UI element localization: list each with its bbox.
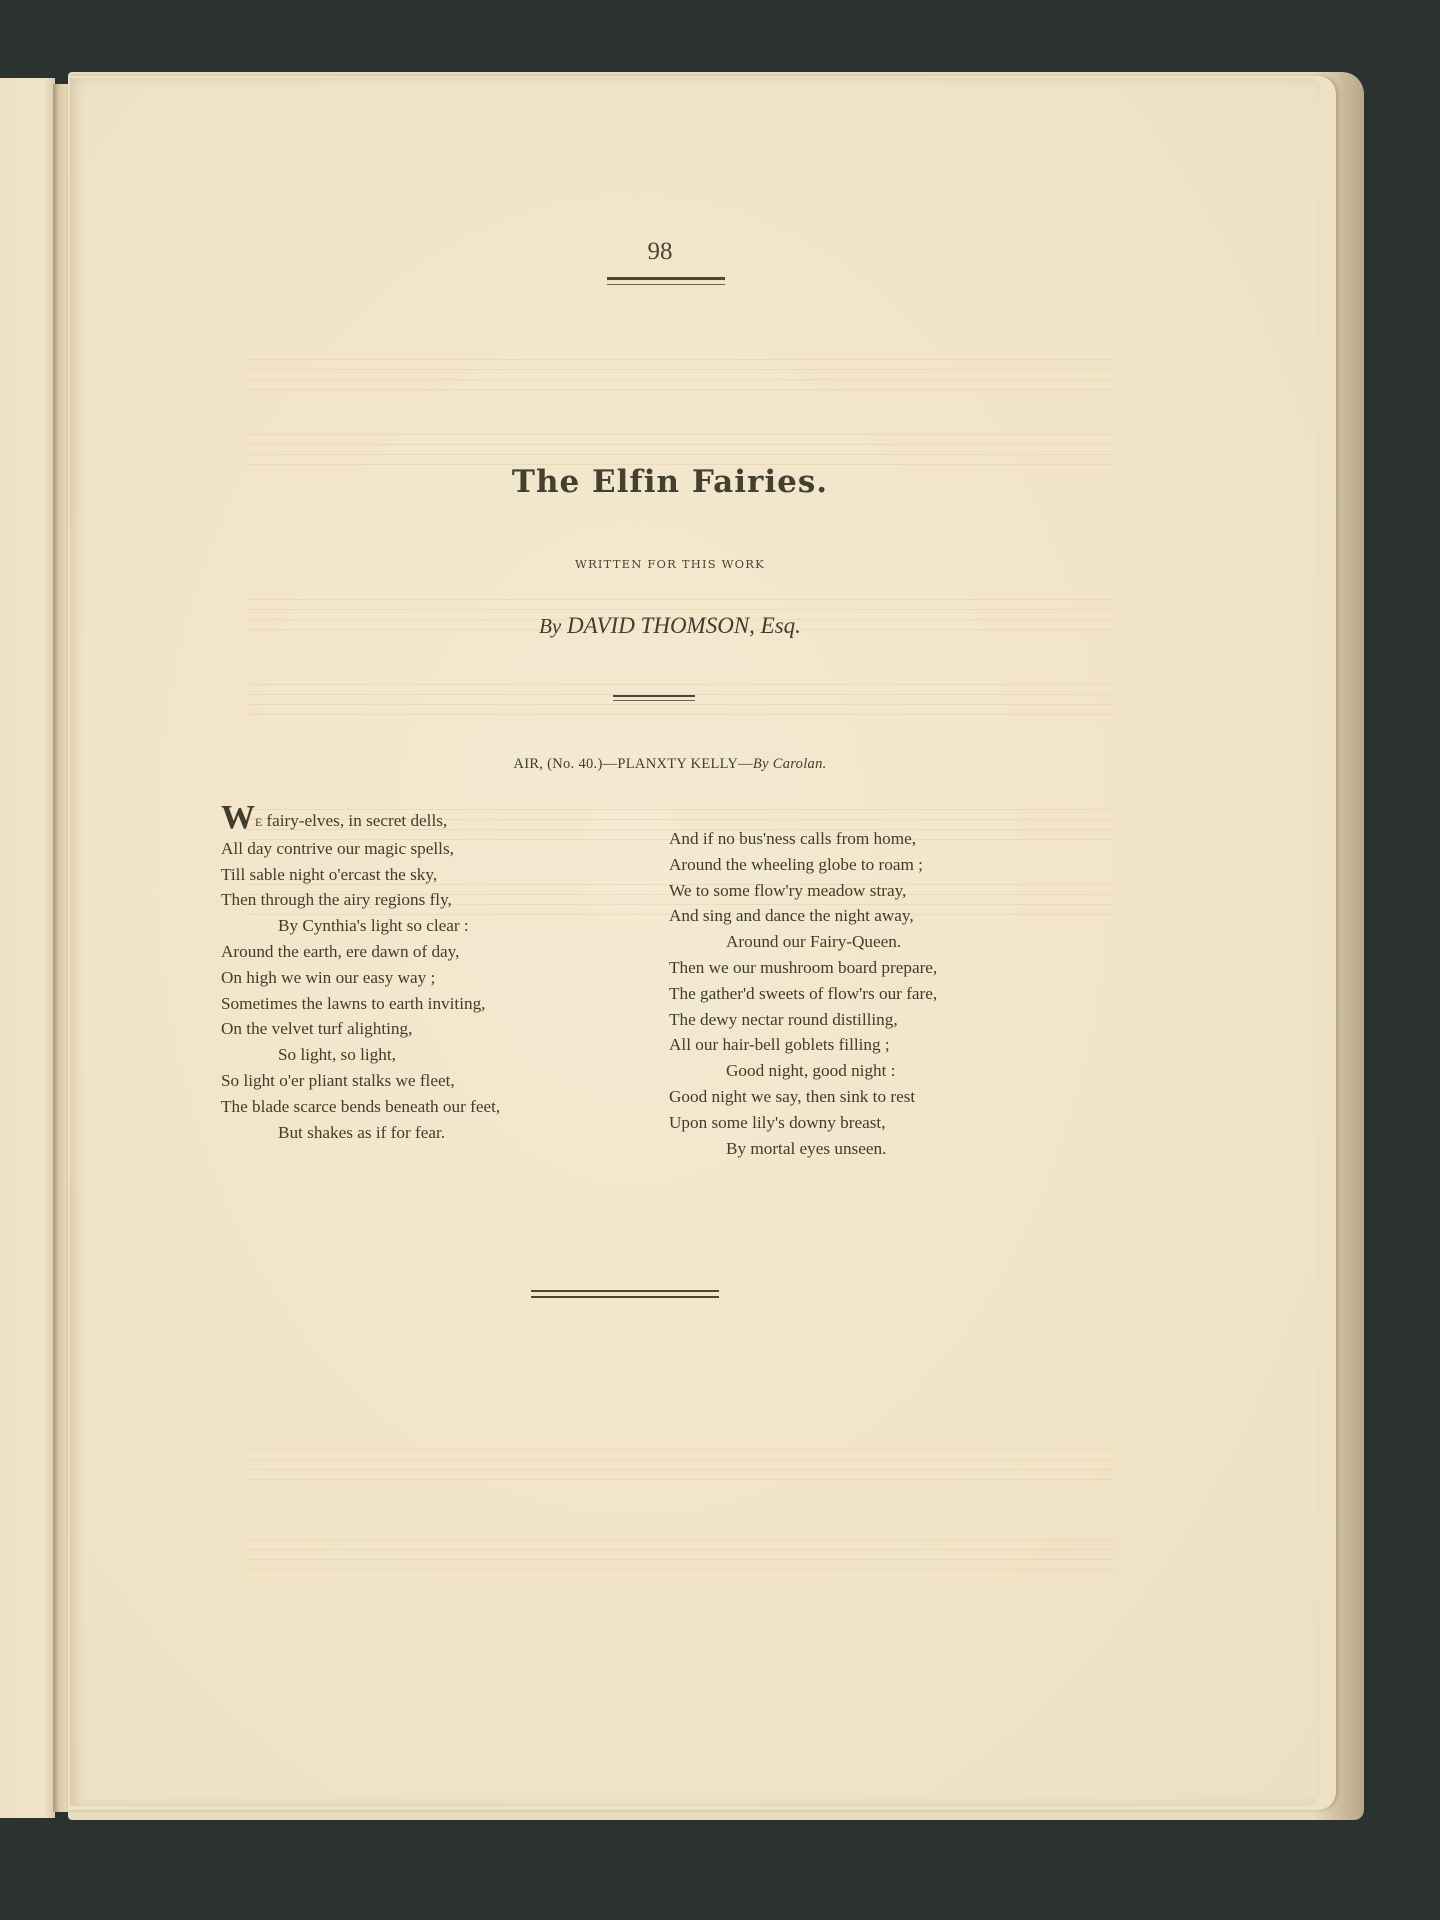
poem-line: By mortal eyes unseen. — [669, 1136, 1009, 1162]
poem-line: Sometimes the lawns to earth inviting, — [221, 991, 601, 1017]
air-label: AIR, (No. 40.)—PLANXTY KELLY— — [513, 756, 753, 772]
author-name: DAVID THOMSON, — [567, 613, 755, 638]
drop-cap: W — [221, 799, 255, 836]
poem-line: And sing and dance the night away, — [669, 903, 1009, 929]
poem-line: And if no bus'ness calls from home, — [669, 826, 1009, 852]
poem-line: But shakes as if for fear. — [221, 1120, 601, 1146]
author-prefix: By — [539, 614, 561, 638]
poem-line: So light, so light, — [221, 1042, 601, 1068]
poem-line: On the velvet turf alighting, — [221, 1016, 601, 1042]
stanza-1: WEfairy-elves, in secret dells, All day … — [221, 808, 601, 1145]
poem-line: Then through the airy regions fly, — [221, 887, 601, 913]
poem-line: The gather'd sweets of flow'rs our fare, — [669, 981, 1009, 1007]
header-rule — [607, 277, 725, 285]
poem-line: WEfairy-elves, in secret dells, — [221, 808, 601, 836]
poem-line: Till sable night o'ercast the sky, — [221, 862, 601, 888]
small-cap: E — [255, 815, 262, 829]
poem-line: The blade scarce bends beneath our feet, — [221, 1094, 601, 1120]
poem-line: Good night we say, then sink to rest — [669, 1084, 1009, 1110]
air-line: AIR, (No. 40.)—PLANXTY KELLY—By Carolan. — [400, 756, 940, 773]
poem-line: Good night, good night : — [669, 1058, 1009, 1084]
poem-title: The Elfin Fairies. — [420, 464, 920, 500]
poem-line: So light o'er pliant stalks we fleet, — [221, 1068, 601, 1094]
author-suffix: Esq. — [761, 613, 801, 638]
air-composer: By Carolan. — [753, 756, 827, 772]
page-content: 98 The Elfin Fairies. WRITTEN FOR THIS W… — [0, 0, 1440, 1920]
poem-line: Around the earth, ere dawn of day, — [221, 939, 601, 965]
poem-line: Around the wheeling globe to roam ; — [669, 852, 1009, 878]
section-rule — [613, 695, 695, 701]
poem-line: Upon some lily's downy breast, — [669, 1110, 1009, 1136]
author-line: By DAVID THOMSON, Esq. — [440, 613, 900, 639]
page-number: 98 — [610, 238, 710, 266]
poem-subtitle: WRITTEN FOR THIS WORK — [470, 557, 870, 571]
poem-line: All our hair-bell goblets filling ; — [669, 1032, 1009, 1058]
poem-line: All day contrive our magic spells, — [221, 836, 601, 862]
poem-line: The dewy nectar round distilling, — [669, 1007, 1009, 1033]
poem-line: On high we win our easy way ; — [221, 965, 601, 991]
poem-line: Then we our mushroom board prepare, — [669, 955, 1009, 981]
poem-line: Around our Fairy-Queen. — [669, 929, 1009, 955]
stanza-2: And if no bus'ness calls from home, Arou… — [669, 826, 1009, 1161]
poem-line: We to some flow'ry meadow stray, — [669, 878, 1009, 904]
end-rule — [531, 1290, 719, 1298]
poem-line: By Cynthia's light so clear : — [221, 913, 601, 939]
